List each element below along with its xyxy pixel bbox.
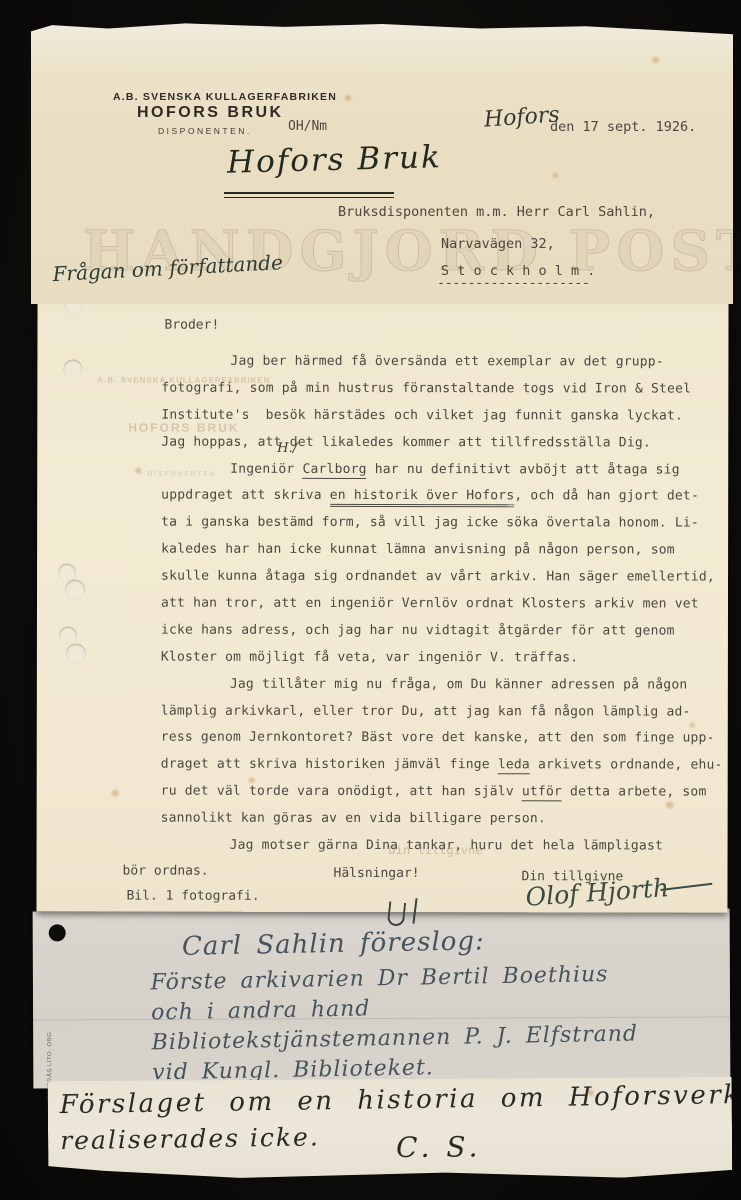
typed-line: ru det väl torde vara onödigt, att han s… xyxy=(161,779,741,807)
punch-hole xyxy=(63,359,82,378)
archive-note-text: Carl Sahlin föreslog: Förste arkivarien … xyxy=(150,924,639,1086)
recipient-underline: -------------------- xyxy=(437,275,590,291)
closing-greeting: Hälsningar! xyxy=(334,866,420,881)
typed-text: ress genom Jernkontoret? Bäst vore det k… xyxy=(161,730,715,746)
typed-text: arkivets ordnande, ehu- xyxy=(530,758,723,773)
foxing-spot xyxy=(690,723,695,728)
typed-text: lämplig arkivkarl, eller tror Du, att ja… xyxy=(161,703,691,719)
typed-line: fotografi, som på min hustrus föranstalt… xyxy=(161,376,741,404)
typed-text: fotografi, som på min hustrus föranstalt… xyxy=(161,381,691,397)
typed-text: sannolikt kan göras av en vida billigare… xyxy=(161,811,546,827)
foxing-spot xyxy=(135,468,141,474)
recipient-street: Narvavägen 32, xyxy=(441,236,555,252)
punch-hole xyxy=(59,626,77,644)
foxing-spot xyxy=(345,95,351,101)
typed-text: ru det väl torde vara onödigt, att han s… xyxy=(161,784,522,800)
foxing-spot xyxy=(652,57,659,63)
typed-date: den 17 sept. 1926. xyxy=(550,119,696,135)
typed-line: kaledes har han icke kunnat lämna anvisn… xyxy=(161,537,741,565)
typed-text: ta i ganska bestämd form, så vill jag ic… xyxy=(161,515,699,531)
typed-line: att han tror, att en ingeniör Vernlöv or… xyxy=(161,591,741,619)
typed-text: skulle kunna åtaga sig ordnandet av vårt… xyxy=(161,569,715,585)
note-line: Förste arkivarien Dr Bertil Boethius xyxy=(150,961,637,995)
typed-line: skulle kunna åtaga sig ordnandet av vårt… xyxy=(161,564,741,592)
underlined-text: en historik över Hofors xyxy=(330,488,515,507)
salutation: Broder! xyxy=(164,318,219,333)
margin-note-line: Frågan om författande xyxy=(52,248,284,289)
letterhead-office: DISPONENTEN. xyxy=(158,126,252,136)
initials-c-s: C. S. xyxy=(396,1130,482,1164)
enclosure-note: Bil. 1 fotografi. xyxy=(126,889,259,904)
typed-text: kaledes har han icke kunnat lämna anvisn… xyxy=(161,542,675,558)
typed-line: Jag hoppas, att det likaledes kommer att… xyxy=(161,429,741,457)
bottom-note-strip: Förslaget om en historia om Hoforsverken… xyxy=(48,1077,733,1181)
letterhead-company-name: A.B. SVENSKA KULLAGERFABRIKEN xyxy=(113,91,337,103)
typed-text: Institute's besök härstädes och vilket j… xyxy=(161,407,683,423)
foxing-spot xyxy=(588,1090,594,1096)
typed-text: draget att skriva historiken jämväl fing… xyxy=(161,757,498,773)
typed-line: icke hans adress, och jag har nu vidtagi… xyxy=(161,618,741,646)
punch-hole xyxy=(65,579,85,599)
typed-text: Jag hoppas, att det likaledes kommer att… xyxy=(161,434,651,450)
letter-body-sheet: A.B. SVENSKA KULLAGERFABRIKEN HOFORS BRU… xyxy=(36,295,728,912)
typed-text: Jag tillåter mig nu fråga, om Du känner … xyxy=(230,676,688,692)
typed-text: Jag ber härmed få översända ett exemplar… xyxy=(230,354,663,370)
typed-line: Jag ber härmed få översända ett exemplar… xyxy=(161,349,741,377)
handwritten-insertion-mark: H./ xyxy=(277,441,297,456)
underlined-text: leda xyxy=(498,758,530,775)
scanned-letter-image: WESTERÅS LITO. OBG. Carl Sahlin föreslog… xyxy=(0,0,741,1200)
typed-line: Institute's besök härstädes och vilket j… xyxy=(161,402,741,430)
typed-line: Ingeniör Carlborg har nu definitivt avbö… xyxy=(161,456,741,484)
ghost-closing: Din tillgivne xyxy=(389,843,483,857)
typed-text: , och då han gjort det- xyxy=(514,489,699,504)
note-line: och i andra hand xyxy=(151,991,638,1025)
note-line: Carl Sahlin föreslog: xyxy=(150,924,637,963)
foxing-spot xyxy=(112,790,119,797)
punch-hole xyxy=(49,924,66,941)
typed-text: detta arbete, som xyxy=(562,785,707,800)
typed-text: att han tror, att en ingeniör Vernlöv or… xyxy=(161,596,699,612)
typed-line: sannolikt kan göras av en vida billigare… xyxy=(161,806,741,834)
typed-text: icke hans adress, och jag har nu vidtagi… xyxy=(161,623,675,639)
typed-line: draget att skriva historiken jämväl fing… xyxy=(161,752,741,780)
letter-body-lines: Jag ber härmed få översända ett exemplar… xyxy=(161,349,741,861)
typed-line: Kloster om möjligt få veta, var ingeniör… xyxy=(161,644,741,672)
foxing-spot xyxy=(553,173,558,178)
archive-note-sheet: WESTERÅS LITO. OBG. Carl Sahlin föreslog… xyxy=(33,908,731,1088)
typed-text: har nu definitivt avböjt att åtaga sig xyxy=(367,462,680,478)
letterhead-works-name: HOFORS BRUK xyxy=(137,104,284,122)
reference-code: OH/Nm xyxy=(288,119,327,134)
typed-line: uppdraget att skriva en historik över Ho… xyxy=(161,483,741,511)
closing-text: bör ordnas. xyxy=(123,864,209,879)
foxing-spot xyxy=(666,801,674,808)
typed-line: lämplig arkivkarl, eller tror Du, att ja… xyxy=(161,698,741,726)
typed-line: ta i ganska bestämd form, så vill jag ic… xyxy=(161,510,741,538)
typed-line: ress genom Jernkontoret? Bäst vore det k… xyxy=(161,725,741,753)
underlined-text: Carlborg xyxy=(302,461,366,478)
typed-line: Jag tillåter mig nu fråga, om Du känner … xyxy=(161,671,741,699)
letterhead-sheet: HANDGJORD POST A.B. SVENSKA KULLAGERFABR… xyxy=(31,20,733,304)
note-line: Förslaget om en historia om Hoforsverken xyxy=(59,1079,741,1120)
foxing-spot xyxy=(249,778,255,783)
handwritten-place: Hofors xyxy=(483,102,560,132)
typed-text: Ingeniör xyxy=(230,461,302,476)
note-line: Bibliotekstjänstemannen P. J. Elfstrand xyxy=(151,1021,638,1055)
recipient-name: Bruksdisponenten m.m. Herr Carl Sahlin, xyxy=(338,204,655,220)
typed-text: uppdraget att skriva xyxy=(161,488,330,503)
underlined-text: utför xyxy=(522,784,562,801)
typed-text: Kloster om möjligt få veta, var ingeniör… xyxy=(161,649,578,665)
punch-hole xyxy=(66,643,86,663)
handwritten-title: Hofors Bruk xyxy=(227,139,443,181)
